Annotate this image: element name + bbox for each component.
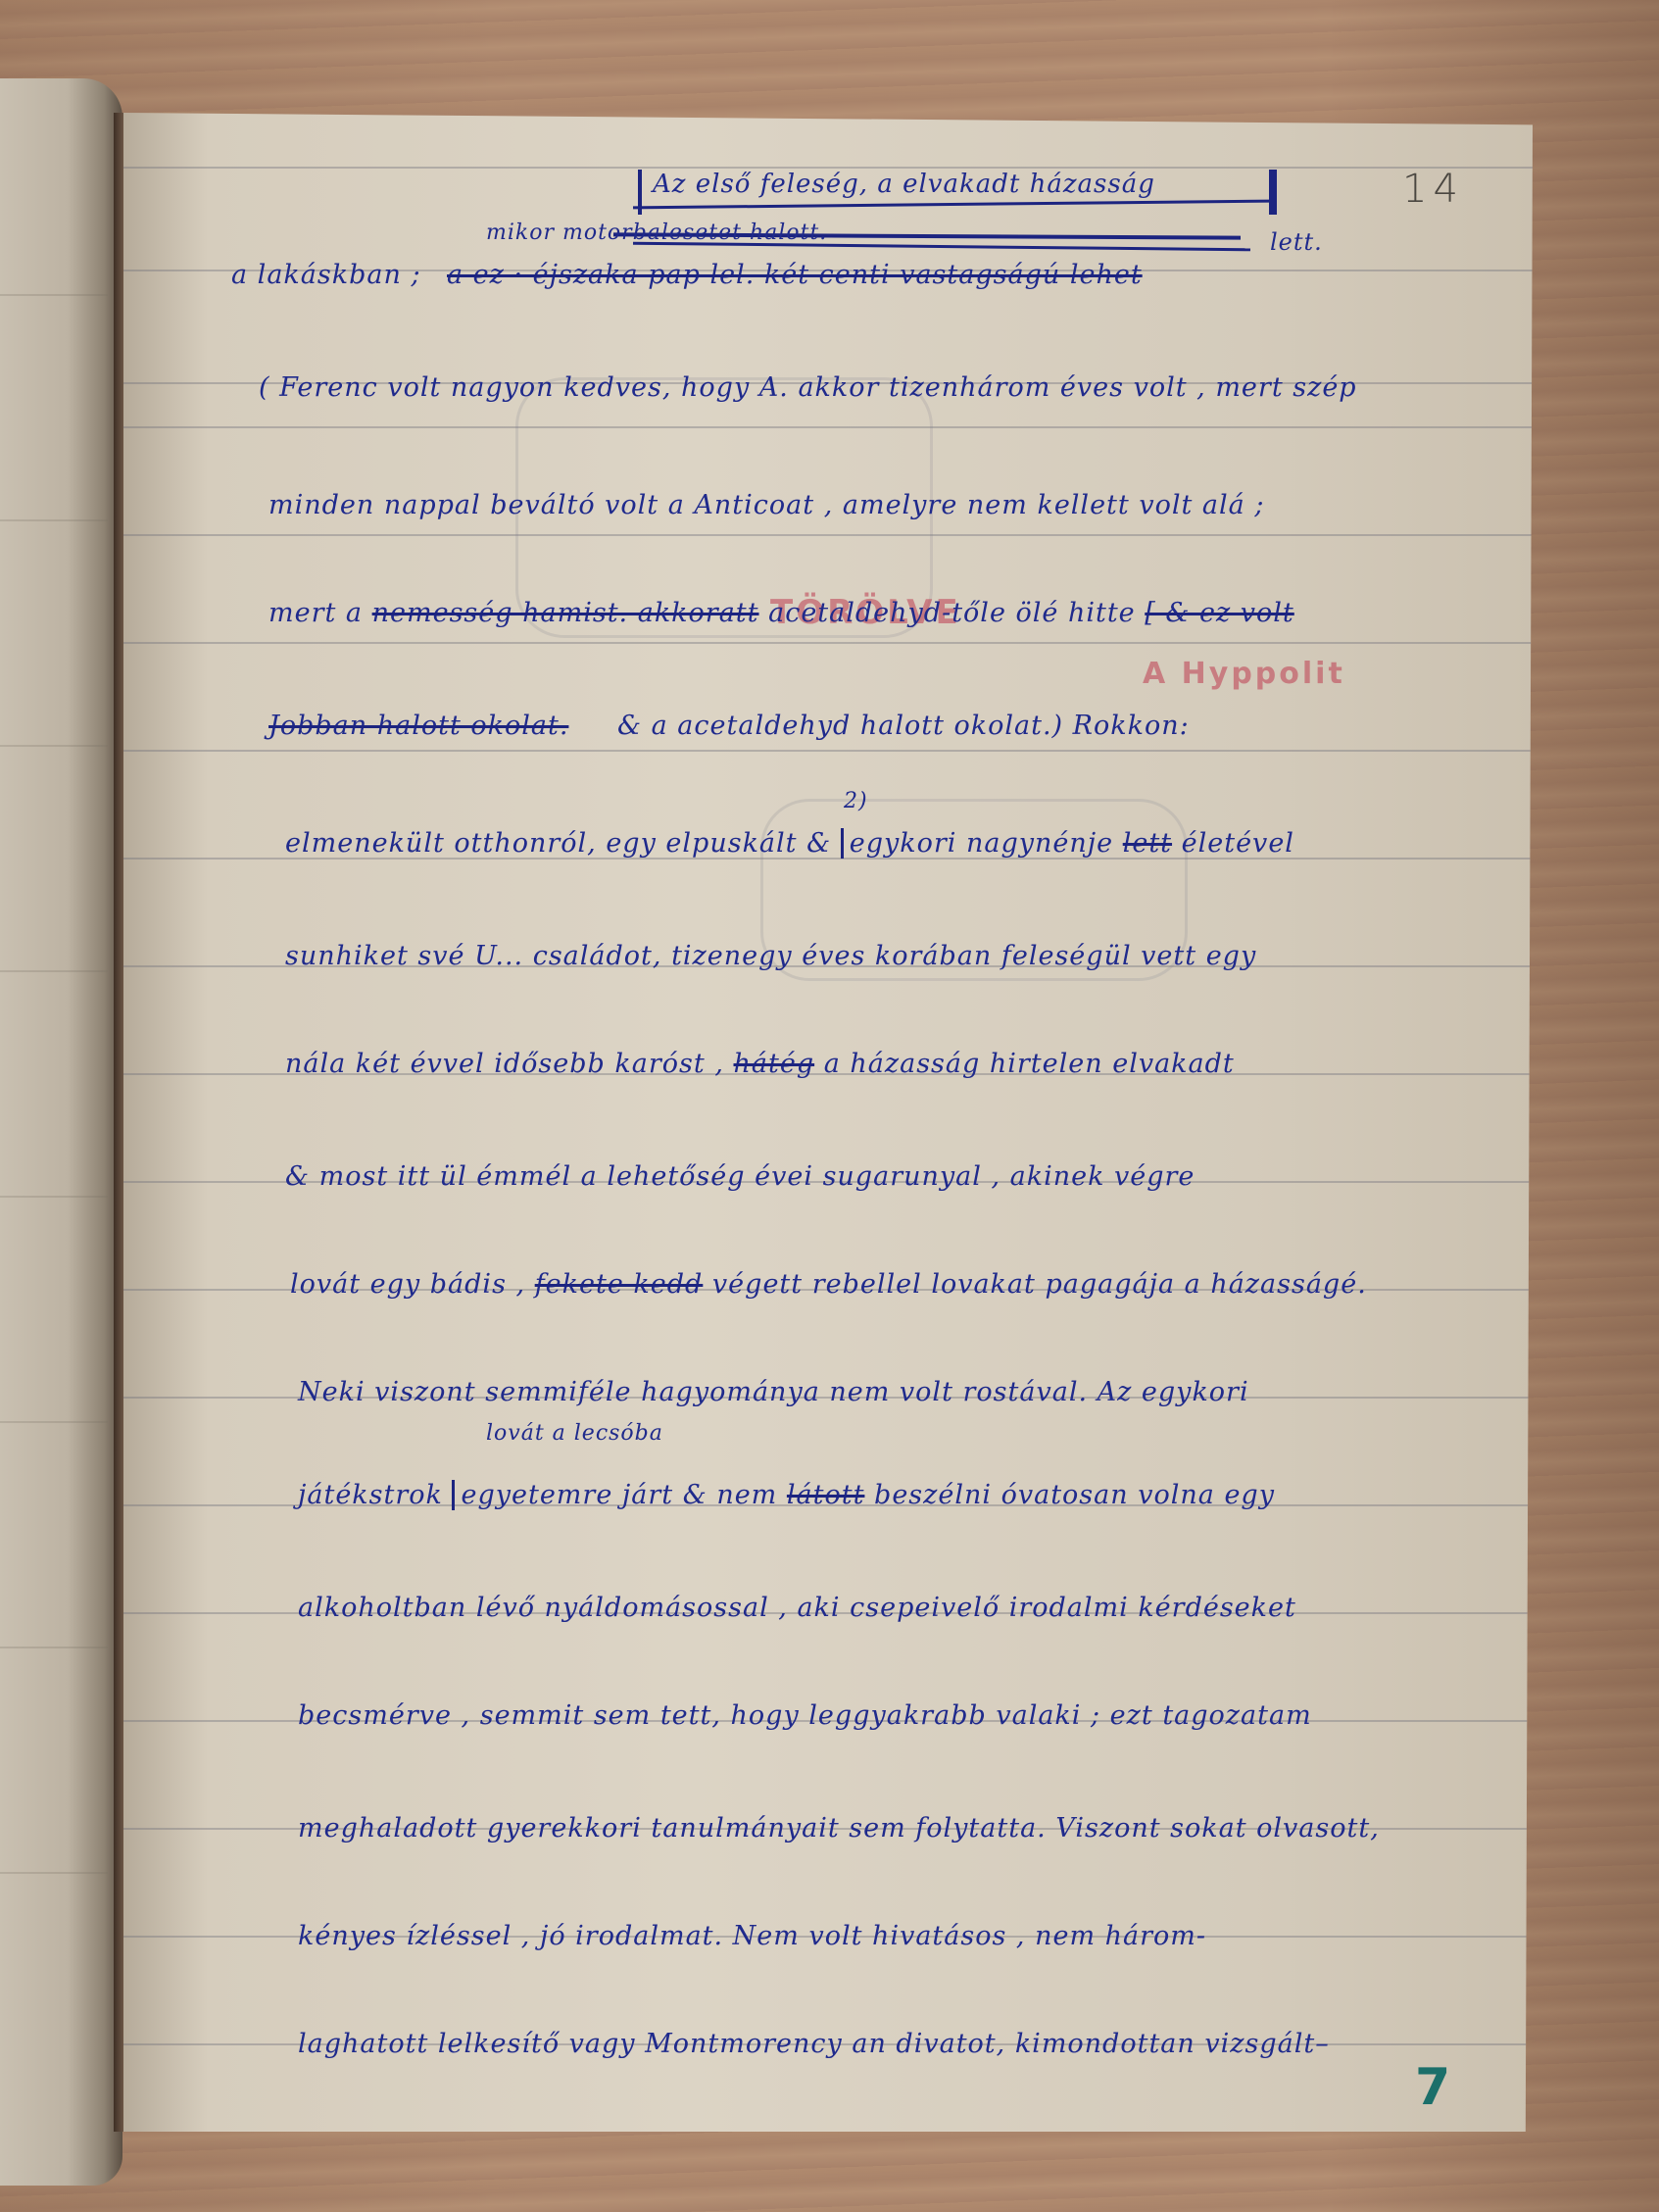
line-7: sunhiket své U... családot, tizenegy éve… <box>285 941 1256 971</box>
line-11: Neki viszont semmiféle hagyománya nem vo… <box>298 1377 1249 1407</box>
line-6-plain2: életével <box>1182 828 1294 859</box>
page-number-green: 7 <box>1415 2058 1450 2117</box>
ruled-line <box>0 294 108 296</box>
insertion-above-line-12: lovát a lecsóba <box>486 1421 663 1446</box>
line-4: mert a nemesség hamist. akkoratt acetald… <box>268 598 1294 628</box>
line-10-plain2: végett rebellel lovakat pagagája a házas… <box>712 1269 1367 1300</box>
page-number-pencil: 14 <box>1402 167 1464 212</box>
line-12: játékstrok egyetemre járt & nem látott b… <box>298 1480 1275 1510</box>
notebook-spine <box>114 113 123 2132</box>
line-12-plain: játékstrok <box>298 1480 443 1510</box>
ruled-line <box>123 167 1533 169</box>
line-8-plain2: a házasság hirtelen elvakadt <box>824 1049 1235 1079</box>
line-6-bracketed: egykori nagynénje <box>841 828 1113 859</box>
ruled-line <box>0 1421 108 1423</box>
line-4-plain: mert a <box>268 598 363 628</box>
struck-text: látott <box>787 1480 865 1510</box>
line-12-bracketed: egyetemre járt <box>452 1480 673 1510</box>
line-8-plain: nála két évvel idősebb karóst , <box>285 1049 724 1079</box>
ruled-line <box>0 519 108 521</box>
line-6: elmenekült otthonról, egy elpuskált & eg… <box>285 828 1294 859</box>
red-stamp-text: A Hyppolit <box>1143 657 1345 691</box>
line-12-plain3: beszélni óvatosan volna egy <box>874 1480 1275 1510</box>
struck-text: hátég <box>734 1049 815 1079</box>
line-5: Jobban halott okolat. & a acetaldehyd ha… <box>268 711 1190 741</box>
line-15: meghaladott gyerekkori tanulmányait sem … <box>298 1813 1380 1843</box>
struck-text: fekete kedd <box>535 1269 704 1300</box>
heading-text: Az első feleség, a elvakadt házasság <box>653 170 1155 199</box>
line-9: & most itt ül émmél a lehetőség évei sug… <box>285 1161 1195 1192</box>
line-14: becsmérve , semmit sem tett, hogy leggya… <box>298 1700 1312 1731</box>
ruled-line <box>0 1647 108 1648</box>
line-5-plain: & a acetaldehyd halott okolat.) Rokkon: <box>617 711 1190 741</box>
manuscript-page: TÖRÖLVE A Hyppolit 14 Az első feleség, a… <box>123 113 1533 2132</box>
ruled-line <box>0 1196 108 1198</box>
line-6-superscript: 2) <box>844 789 868 813</box>
line-1-struck: a ez · éjszaka pap lel. két centi vastag… <box>447 260 1143 290</box>
line-4-plain2: acetaldehyd-tőle ölé hitte <box>768 598 1136 628</box>
line-13: alkoholtban lévő nyáldomásossal , aki cs… <box>298 1593 1296 1623</box>
line-2: ( Ferenc volt nagyon kedves, hogy A. akk… <box>259 372 1357 403</box>
ruled-line <box>0 745 108 747</box>
ruled-line <box>0 1872 108 1874</box>
line-3: minden nappal beváltó volt a Anticoat , … <box>268 490 1264 520</box>
line-1-plain: a lakáskban ; <box>231 260 421 290</box>
struck-text: lett <box>1123 828 1172 859</box>
line-17: laghatott lelkesítő vagy Montmorency an … <box>298 2029 1330 2059</box>
ruled-line <box>123 750 1533 752</box>
facing-page-left <box>0 78 122 2186</box>
line-16: kényes ízléssel , jó irodalmat. Nem volt… <box>298 1921 1206 1951</box>
line-1-suffix: lett. <box>1270 228 1323 256</box>
struck-text: [ & ez volt <box>1145 598 1294 628</box>
line-8: nála két évvel idősebb karóst , hátég a … <box>285 1049 1235 1079</box>
struck-text: a ez · éjszaka pap lel. két centi vastag… <box>447 260 1143 290</box>
line-12-plain2: & nem <box>683 1480 778 1510</box>
ruled-line <box>0 970 108 972</box>
struck-text: Jobban halott okolat. <box>268 711 568 741</box>
line-10-plain: lovát egy bádis , <box>290 1269 525 1300</box>
insertion-above-line-1: mikor motorbalesetet halott. <box>486 221 827 245</box>
line-10: lovát egy bádis , fekete kedd végett reb… <box>290 1269 1367 1300</box>
line-6-plain: elmenekült otthonról, egy elpuskált & <box>285 828 831 859</box>
struck-text: nemesség hamist. akkoratt <box>372 598 759 628</box>
ruled-line <box>123 642 1533 644</box>
